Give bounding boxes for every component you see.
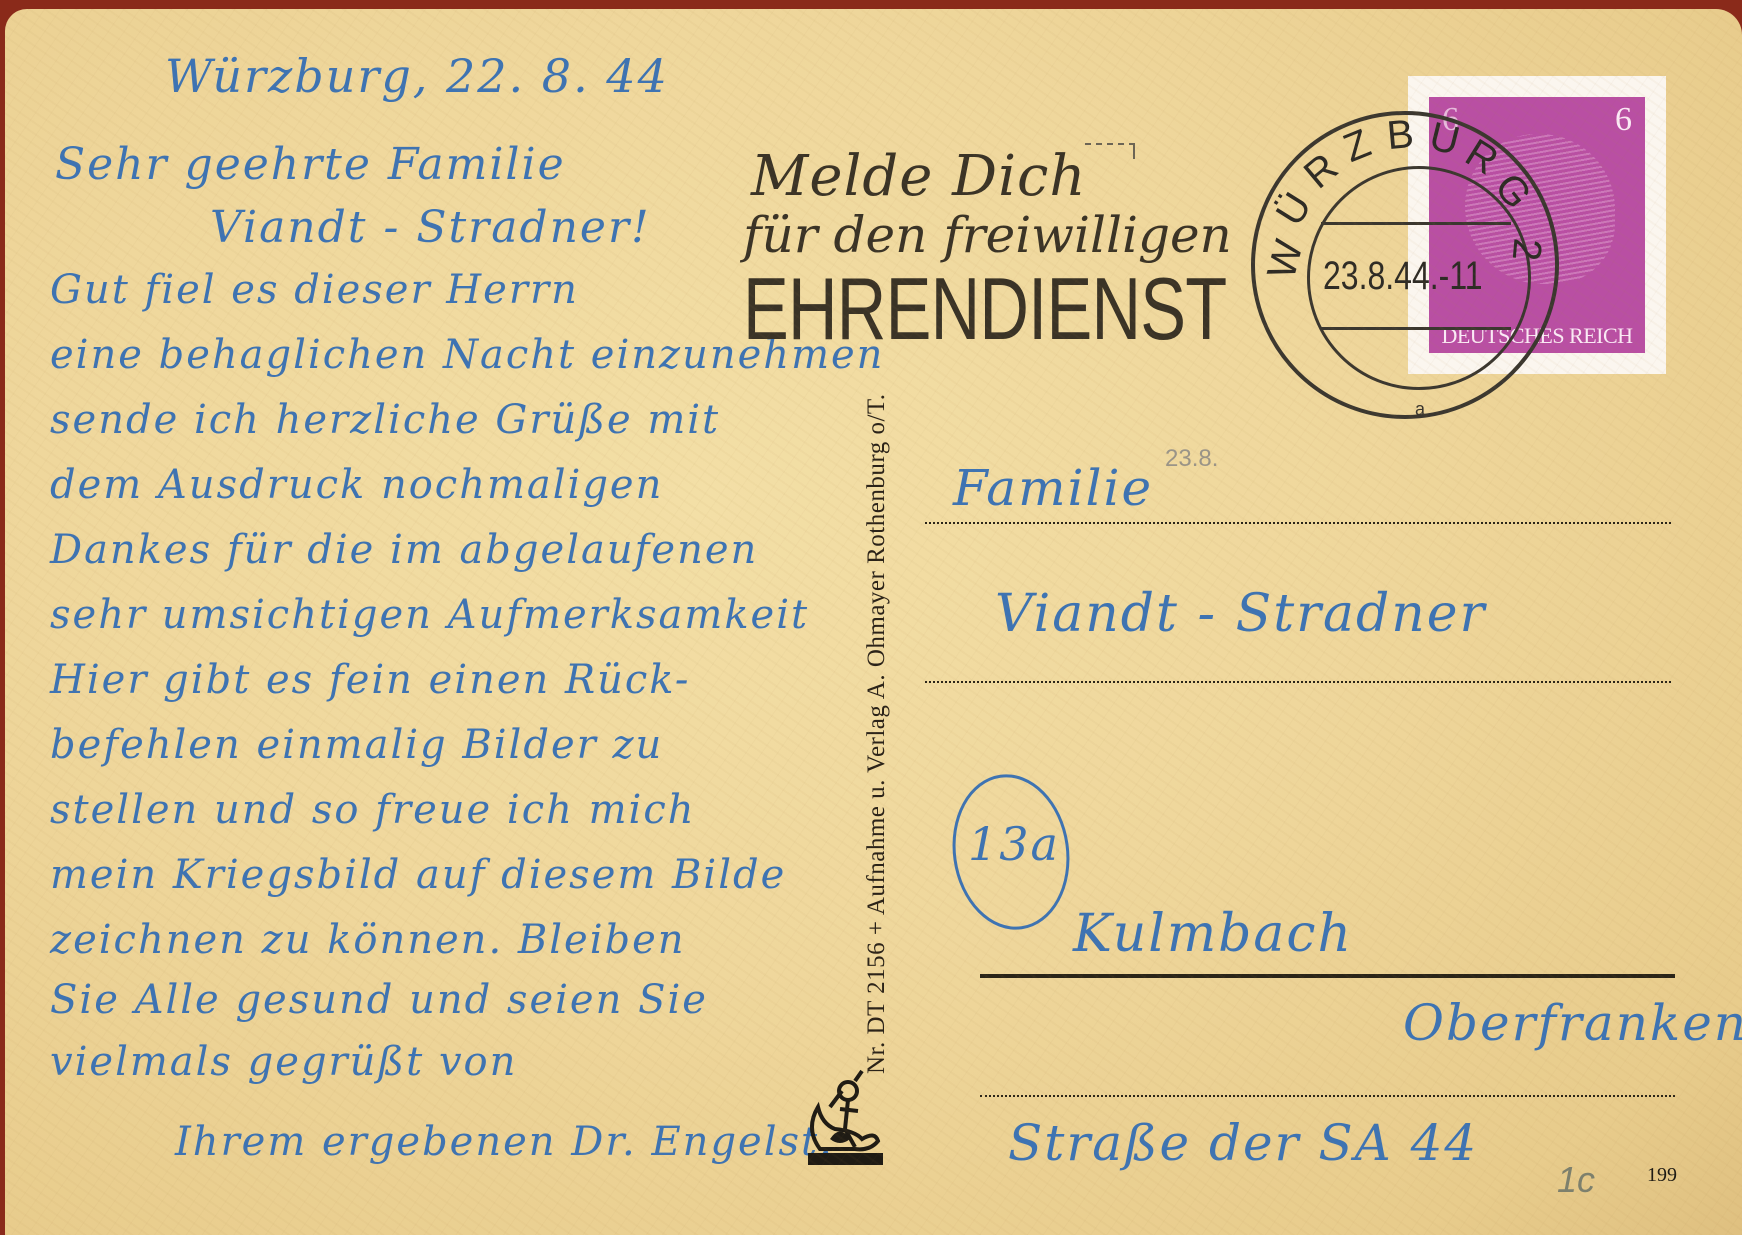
address-region: Oberfranken [1403, 994, 1742, 1052]
postmark-bar-bottom [1321, 327, 1511, 330]
address-dotted-line-1 [925, 522, 1671, 524]
letter-closing: Ihrem ergebenen Dr. Engelst. [175, 1119, 834, 1165]
postcard: Würzburg, 22. 8. 44 Sehr geehrte Familie… [5, 9, 1742, 1235]
letter-line: Sie Alle gesund und seien Sie [50, 977, 708, 1023]
letter-line: dem Ausdruck nochmaligen [50, 462, 663, 508]
publisher-logo-icon [800, 1069, 890, 1169]
postmark-date: 23.8.44.-11 [1323, 254, 1483, 299]
postmark-bar-top [1321, 222, 1511, 225]
publisher-imprint: Nr. DT 2156 + Aufnahme u. Verlag A. Ohma… [863, 393, 891, 1074]
letter-line: Dankes für die im abgelaufenen [50, 527, 758, 573]
address-street: Straße der SA 44 [1008, 1114, 1478, 1172]
letter-line: Gut fiel es dieser Herrn [50, 267, 579, 313]
letter-salutation: Sehr geehrte Familie [55, 139, 566, 190]
letter-line: sehr umsichtigen Aufmerksamkeit [50, 592, 809, 638]
stamp-value-right: 6 [1615, 101, 1632, 139]
letter-line: mein Kriegsbild auf diesem Bilde [50, 852, 786, 898]
letter-line: Hier gibt es fein einen Rück- [50, 657, 690, 703]
address-city-underline [980, 974, 1675, 978]
pencil-note: 23.8. [1165, 445, 1218, 473]
address-dotted-line-3 [980, 1095, 1675, 1097]
letter-line: vielmals gegrüßt von [50, 1039, 517, 1085]
address-district: 13a [968, 817, 1060, 871]
letter-line: befehlen einmalig Bilder zu [50, 722, 663, 768]
address-dotted-line-2 [925, 681, 1671, 683]
letter-line: sende ich herzliche Grüße mit [50, 397, 720, 443]
postmark-city-letter: B [1385, 112, 1416, 159]
letter-line: zeichnen zu können. Bleiben [50, 917, 686, 963]
pencil-mark: 1c [1557, 1159, 1595, 1201]
postmark-code: a [1415, 399, 1425, 420]
slogan-line-3: EHRENDIENST [743, 263, 1226, 355]
card-number: 199 [1647, 1164, 1677, 1187]
address-line-1: Familie [953, 459, 1153, 517]
address-city: Kulmbach [1073, 904, 1353, 964]
letter-salutation-name: Viandt - Stradner! [210, 202, 651, 253]
postmark-city-letter: 2 [1503, 236, 1550, 262]
letter-place-date: Würzburg, 22. 8. 44 [165, 49, 669, 103]
address-line-2: Viandt - Stradner [995, 584, 1486, 644]
letter-line: stellen und so freue ich mich [50, 787, 695, 833]
